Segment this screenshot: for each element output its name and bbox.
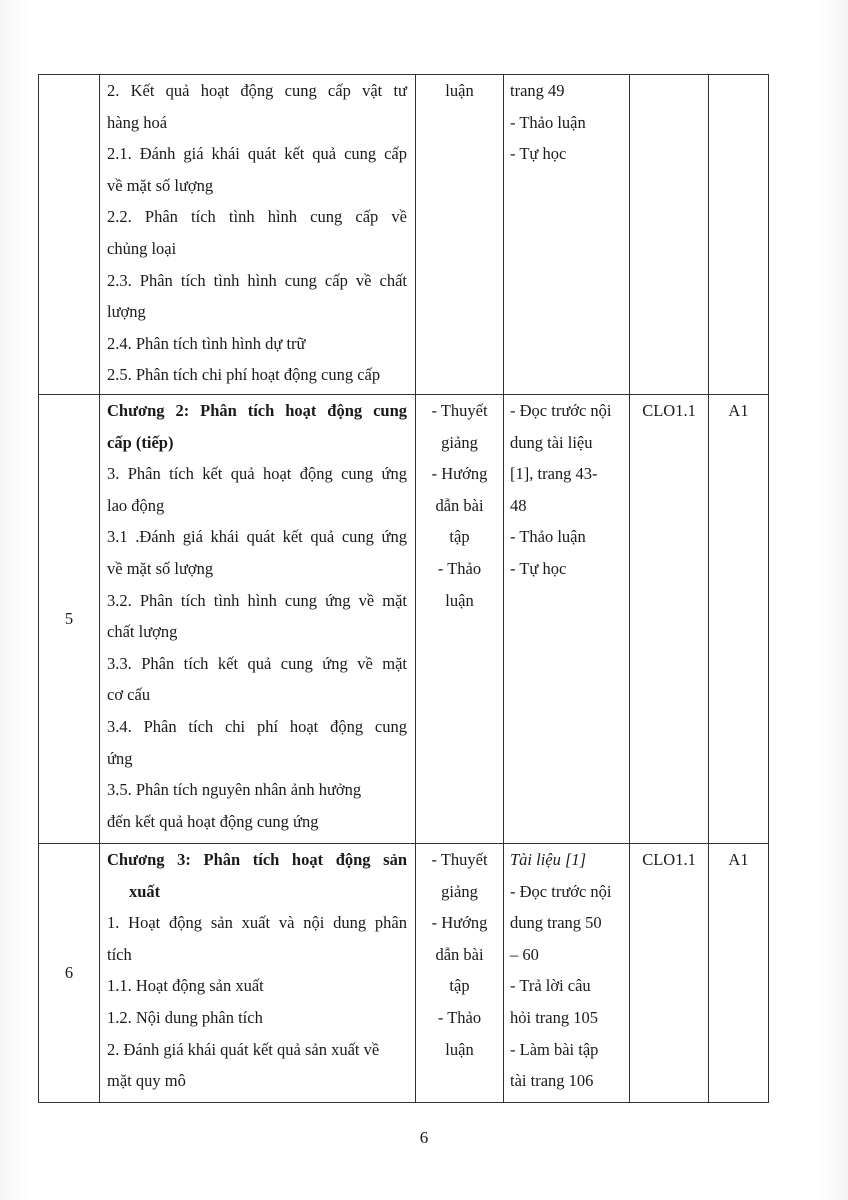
content-line: lao động — [107, 490, 407, 522]
content-line: đến kết quả hoạt động cung ứng — [107, 806, 407, 838]
teaching-method-cell: - Thuyếtgiảng- Hướngdẫn bàitập- Thảoluận — [416, 395, 504, 844]
student-task-line: 48 — [510, 490, 625, 522]
content-cell: Chương 3: Phân tích hoạt động sảnxuất1. … — [100, 844, 416, 1103]
teaching-method-line: giảng — [418, 876, 501, 908]
syllabus-table-body: 2. Kết quả hoạt động cung cấp vật tưhàng… — [39, 75, 769, 1103]
content-line: hàng hoá — [107, 107, 407, 139]
assessment-code: A1 — [728, 850, 748, 869]
week-number: 6 — [65, 963, 73, 982]
teaching-method-line: - Hướng — [418, 458, 501, 490]
week-cell: 6 — [39, 844, 100, 1103]
content-line: 2.5. Phân tích chi phí hoạt động cung cấ… — [107, 359, 407, 391]
week-cell — [39, 75, 100, 395]
chapter-title: xuất — [107, 876, 407, 908]
student-task-line: - Đọc trước nội — [510, 876, 625, 908]
clo-cell — [630, 75, 709, 395]
teaching-method-line: tập — [418, 521, 501, 553]
student-task-line: tài trang 106 — [510, 1065, 625, 1097]
week-cell: 5 — [39, 395, 100, 844]
teaching-method-line: tập — [418, 970, 501, 1002]
content-line: 3. Phân tích kết quả hoạt động cung ứng — [107, 458, 407, 490]
student-task-line: dung trang 50 — [510, 907, 625, 939]
content-line: tích — [107, 939, 407, 971]
content-line: ứng — [107, 743, 407, 775]
chapter-title: cấp (tiếp) — [107, 427, 407, 459]
chapter-title: Chương 3: Phân tích hoạt động sản — [107, 844, 407, 876]
content-line: 3.5. Phân tích nguyên nhân ảnh hưởng — [107, 774, 407, 806]
teaching-method-cell: luận — [416, 75, 504, 395]
student-task-line: trang 49 — [510, 75, 625, 107]
student-task-line: Tài liệu [1] — [510, 844, 625, 876]
student-task-line: - Tự học — [510, 553, 625, 585]
teaching-method-line: - Thảo — [418, 1002, 501, 1034]
clo-code: CLO1.1 — [642, 850, 696, 869]
syllabus-table: 2. Kết quả hoạt động cung cấp vật tưhàng… — [38, 74, 769, 1103]
content-line: 1.1. Hoạt động sản xuất — [107, 970, 407, 1002]
student-task-line: [1], trang 43- — [510, 458, 625, 490]
teaching-method-line: dẫn bài — [418, 490, 501, 522]
teaching-method-line: - Thuyết — [418, 844, 501, 876]
content-cell: Chương 2: Phân tích hoạt động cungcấp (t… — [100, 395, 416, 844]
teaching-method-line: - Hướng — [418, 907, 501, 939]
chapter-title: Chương 2: Phân tích hoạt động cung — [107, 395, 407, 427]
teaching-method-line: luận — [418, 1034, 501, 1066]
student-task-line: - Tự học — [510, 138, 625, 170]
page-number: 6 — [0, 1128, 848, 1148]
content-line: 2.3. Phân tích tình hình cung cấp về chấ… — [107, 265, 407, 297]
assessment-cell: A1 — [709, 395, 769, 844]
content-line: chất lượng — [107, 616, 407, 648]
content-line: 2.4. Phân tích tình hình dự trữ — [107, 328, 407, 360]
clo-code: CLO1.1 — [642, 401, 696, 420]
student-task-cell: - Đọc trước nộidung tài liệu[1], trang 4… — [504, 395, 630, 844]
content-line: 3.1 .Đánh giá khái quát kết quả cung ứng — [107, 521, 407, 553]
clo-cell: CLO1.1 — [630, 844, 709, 1103]
teaching-method-line: dẫn bài — [418, 939, 501, 971]
content-cell: 2. Kết quả hoạt động cung cấp vật tưhàng… — [100, 75, 416, 395]
student-task-cell: Tài liệu [1]- Đọc trước nộidung trang 50… — [504, 844, 630, 1103]
teaching-method-line: - Thuyết — [418, 395, 501, 427]
student-task-line: hỏi trang 105 — [510, 1002, 625, 1034]
student-task-line: - Thảo luận — [510, 107, 625, 139]
table-row: 6Chương 3: Phân tích hoạt động sảnxuất1.… — [39, 844, 769, 1103]
content-line: 2. Kết quả hoạt động cung cấp vật tư — [107, 75, 407, 107]
student-task-line: - Làm bài tập — [510, 1034, 625, 1066]
content-line: 3.3. Phân tích kết quả cung ứng về mặt — [107, 648, 407, 680]
content-line: 2.1. Đánh giá khái quát kết quả cung cấp — [107, 138, 407, 170]
assessment-cell: A1 — [709, 844, 769, 1103]
week-number: 5 — [65, 609, 73, 628]
student-task-line: - Thảo luận — [510, 521, 625, 553]
teaching-method-line: giảng — [418, 427, 501, 459]
teaching-method-line: luận — [418, 75, 501, 107]
student-task-line: - Trả lời câu — [510, 970, 625, 1002]
teaching-method-line: luận — [418, 585, 501, 617]
content-line: 2.2. Phân tích tình hình cung cấp về — [107, 201, 407, 233]
content-line: cơ cấu — [107, 679, 407, 711]
content-line: 1. Hoạt động sản xuất và nội dung phân — [107, 907, 407, 939]
content-line: mặt quy mô — [107, 1065, 407, 1097]
student-task-line: – 60 — [510, 939, 625, 971]
content-line: 3.2. Phân tích tình hình cung ứng về mặt — [107, 585, 407, 617]
student-task-cell: trang 49- Thảo luận- Tự học — [504, 75, 630, 395]
student-task-line: dung tài liệu — [510, 427, 625, 459]
content-line: về mặt số lượng — [107, 170, 407, 202]
content-line: chủng loại — [107, 233, 407, 265]
teaching-method-line: - Thảo — [418, 553, 501, 585]
table-row: 5Chương 2: Phân tích hoạt động cungcấp (… — [39, 395, 769, 844]
content-line: 3.4. Phân tích chi phí hoạt động cung — [107, 711, 407, 743]
content-line: lượng — [107, 296, 407, 328]
teaching-method-cell: - Thuyếtgiảng- Hướngdẫn bàitập- Thảoluận — [416, 844, 504, 1103]
content-line: về mặt số lượng — [107, 553, 407, 585]
student-task-line: - Đọc trước nội — [510, 395, 625, 427]
content-line: 2. Đánh giá khái quát kết quả sản xuất v… — [107, 1034, 407, 1066]
assessment-code: A1 — [728, 401, 748, 420]
clo-cell: CLO1.1 — [630, 395, 709, 844]
table-row: 2. Kết quả hoạt động cung cấp vật tưhàng… — [39, 75, 769, 395]
assessment-cell — [709, 75, 769, 395]
content-line: 1.2. Nội dung phân tích — [107, 1002, 407, 1034]
